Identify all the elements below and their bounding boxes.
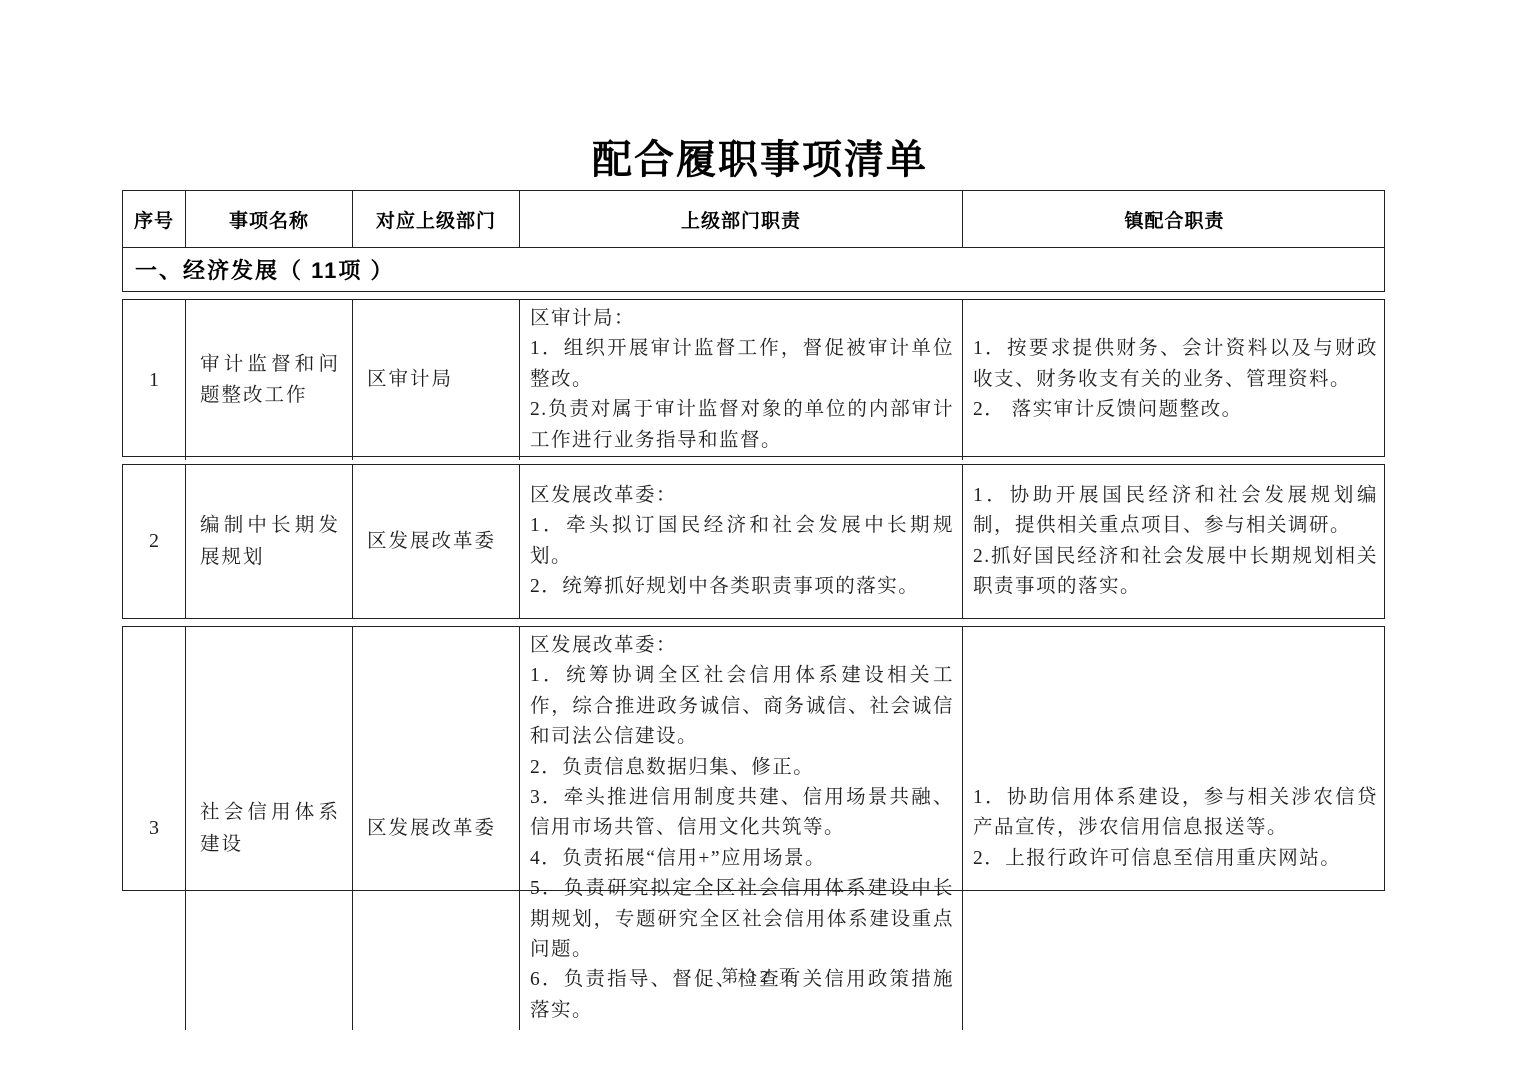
table-row: 2 编制中长期发展规划 区发展改革委 区发展改革委： 1．牵头拟订国民经济和社会… <box>122 464 1385 619</box>
header-item-name: 事项名称 <box>185 191 352 247</box>
header-superior-duties: 上级部门职责 <box>519 191 962 247</box>
item-name-text: 审计监督和问题整改工作 <box>200 349 340 411</box>
town-duties-cell: 1．按要求提供财务、会计资料以及与财政收支、财务收支有关的业务、管理资料。 2．… <box>962 300 1386 460</box>
department-text: 区发展改革委 <box>367 813 507 844</box>
row-number: 2 <box>123 465 185 618</box>
table-row: 1 审计监督和问题整改工作 区审计局 区审计局： 1．组织开展审计监督工作，督促… <box>122 299 1385 457</box>
superior-duties-cell: 区发展改革委： 1．牵头拟订国民经济和社会发展中长期规划。 2．统筹抓好规划中各… <box>519 465 962 618</box>
item-name-cell: 编制中长期发展规划 <box>185 465 352 618</box>
table-header-row: 序号 事项名称 对应上级部门 上级部门职责 镇配合职责 <box>122 190 1385 248</box>
page-number-footer: 第 12 页 <box>0 962 1520 987</box>
table-row: 3 社会信用体系建设 区发展改革委 区发展改革委： 1．统筹协调全区社会信用体系… <box>122 626 1385 891</box>
item-name-cell: 审计监督和问题整改工作 <box>185 300 352 460</box>
document-page: 配合履职事项清单 序号 事项名称 对应上级部门 上级部门职责 镇配合职责 一、经… <box>0 0 1520 1074</box>
town-duties-cell: 1．协助开展国民经济和社会发展规划编制，提供相关重点项目、参与相关调研。 2.抓… <box>962 465 1386 618</box>
header-no: 序号 <box>123 191 185 247</box>
superior-duties-text: 区发展改革委： 1．牵头拟订国民经济和社会发展中长期规划。 2．统筹抓好规划中各… <box>530 481 954 603</box>
department-cell: 区审计局 <box>352 300 519 460</box>
page-title: 配合履职事项清单 <box>0 128 1520 185</box>
department-text: 区发展改革委 <box>367 526 507 557</box>
superior-duties-text: 区审计局： 1．组织开展审计监督工作，督促被审计单位整改。 2.负责对属于审计监… <box>530 304 954 456</box>
duties-table: 序号 事项名称 对应上级部门 上级部门职责 镇配合职责 一、经济发展（ 11项 … <box>122 190 1385 891</box>
item-name-text: 社会信用体系建设 <box>200 797 340 859</box>
item-name-text: 编制中长期发展规划 <box>200 510 340 572</box>
header-department: 对应上级部门 <box>352 191 519 247</box>
department-cell: 区发展改革委 <box>352 465 519 618</box>
header-town-duties: 镇配合职责 <box>962 191 1386 247</box>
superior-duties-cell: 区审计局： 1．组织开展审计监督工作，督促被审计单位整改。 2.负责对属于审计监… <box>519 300 962 460</box>
department-text: 区审计局 <box>367 364 507 395</box>
town-duties-text: 1．按要求提供财务、会计资料以及与财政收支、财务收支有关的业务、管理资料。 2．… <box>973 334 1378 425</box>
town-duties-text: 1．协助开展国民经济和社会发展规划编制，提供相关重点项目、参与相关调研。 2.抓… <box>973 481 1378 603</box>
section-title: 一、经济发展（ 11项 ） <box>123 248 1384 291</box>
town-duties-text: 1．协助信用体系建设，参与相关涉农信贷产品宣传，涉农信用信息报送等。 2．上报行… <box>973 783 1378 874</box>
section-header-row: 一、经济发展（ 11项 ） <box>122 248 1385 292</box>
row-number: 1 <box>123 300 185 460</box>
